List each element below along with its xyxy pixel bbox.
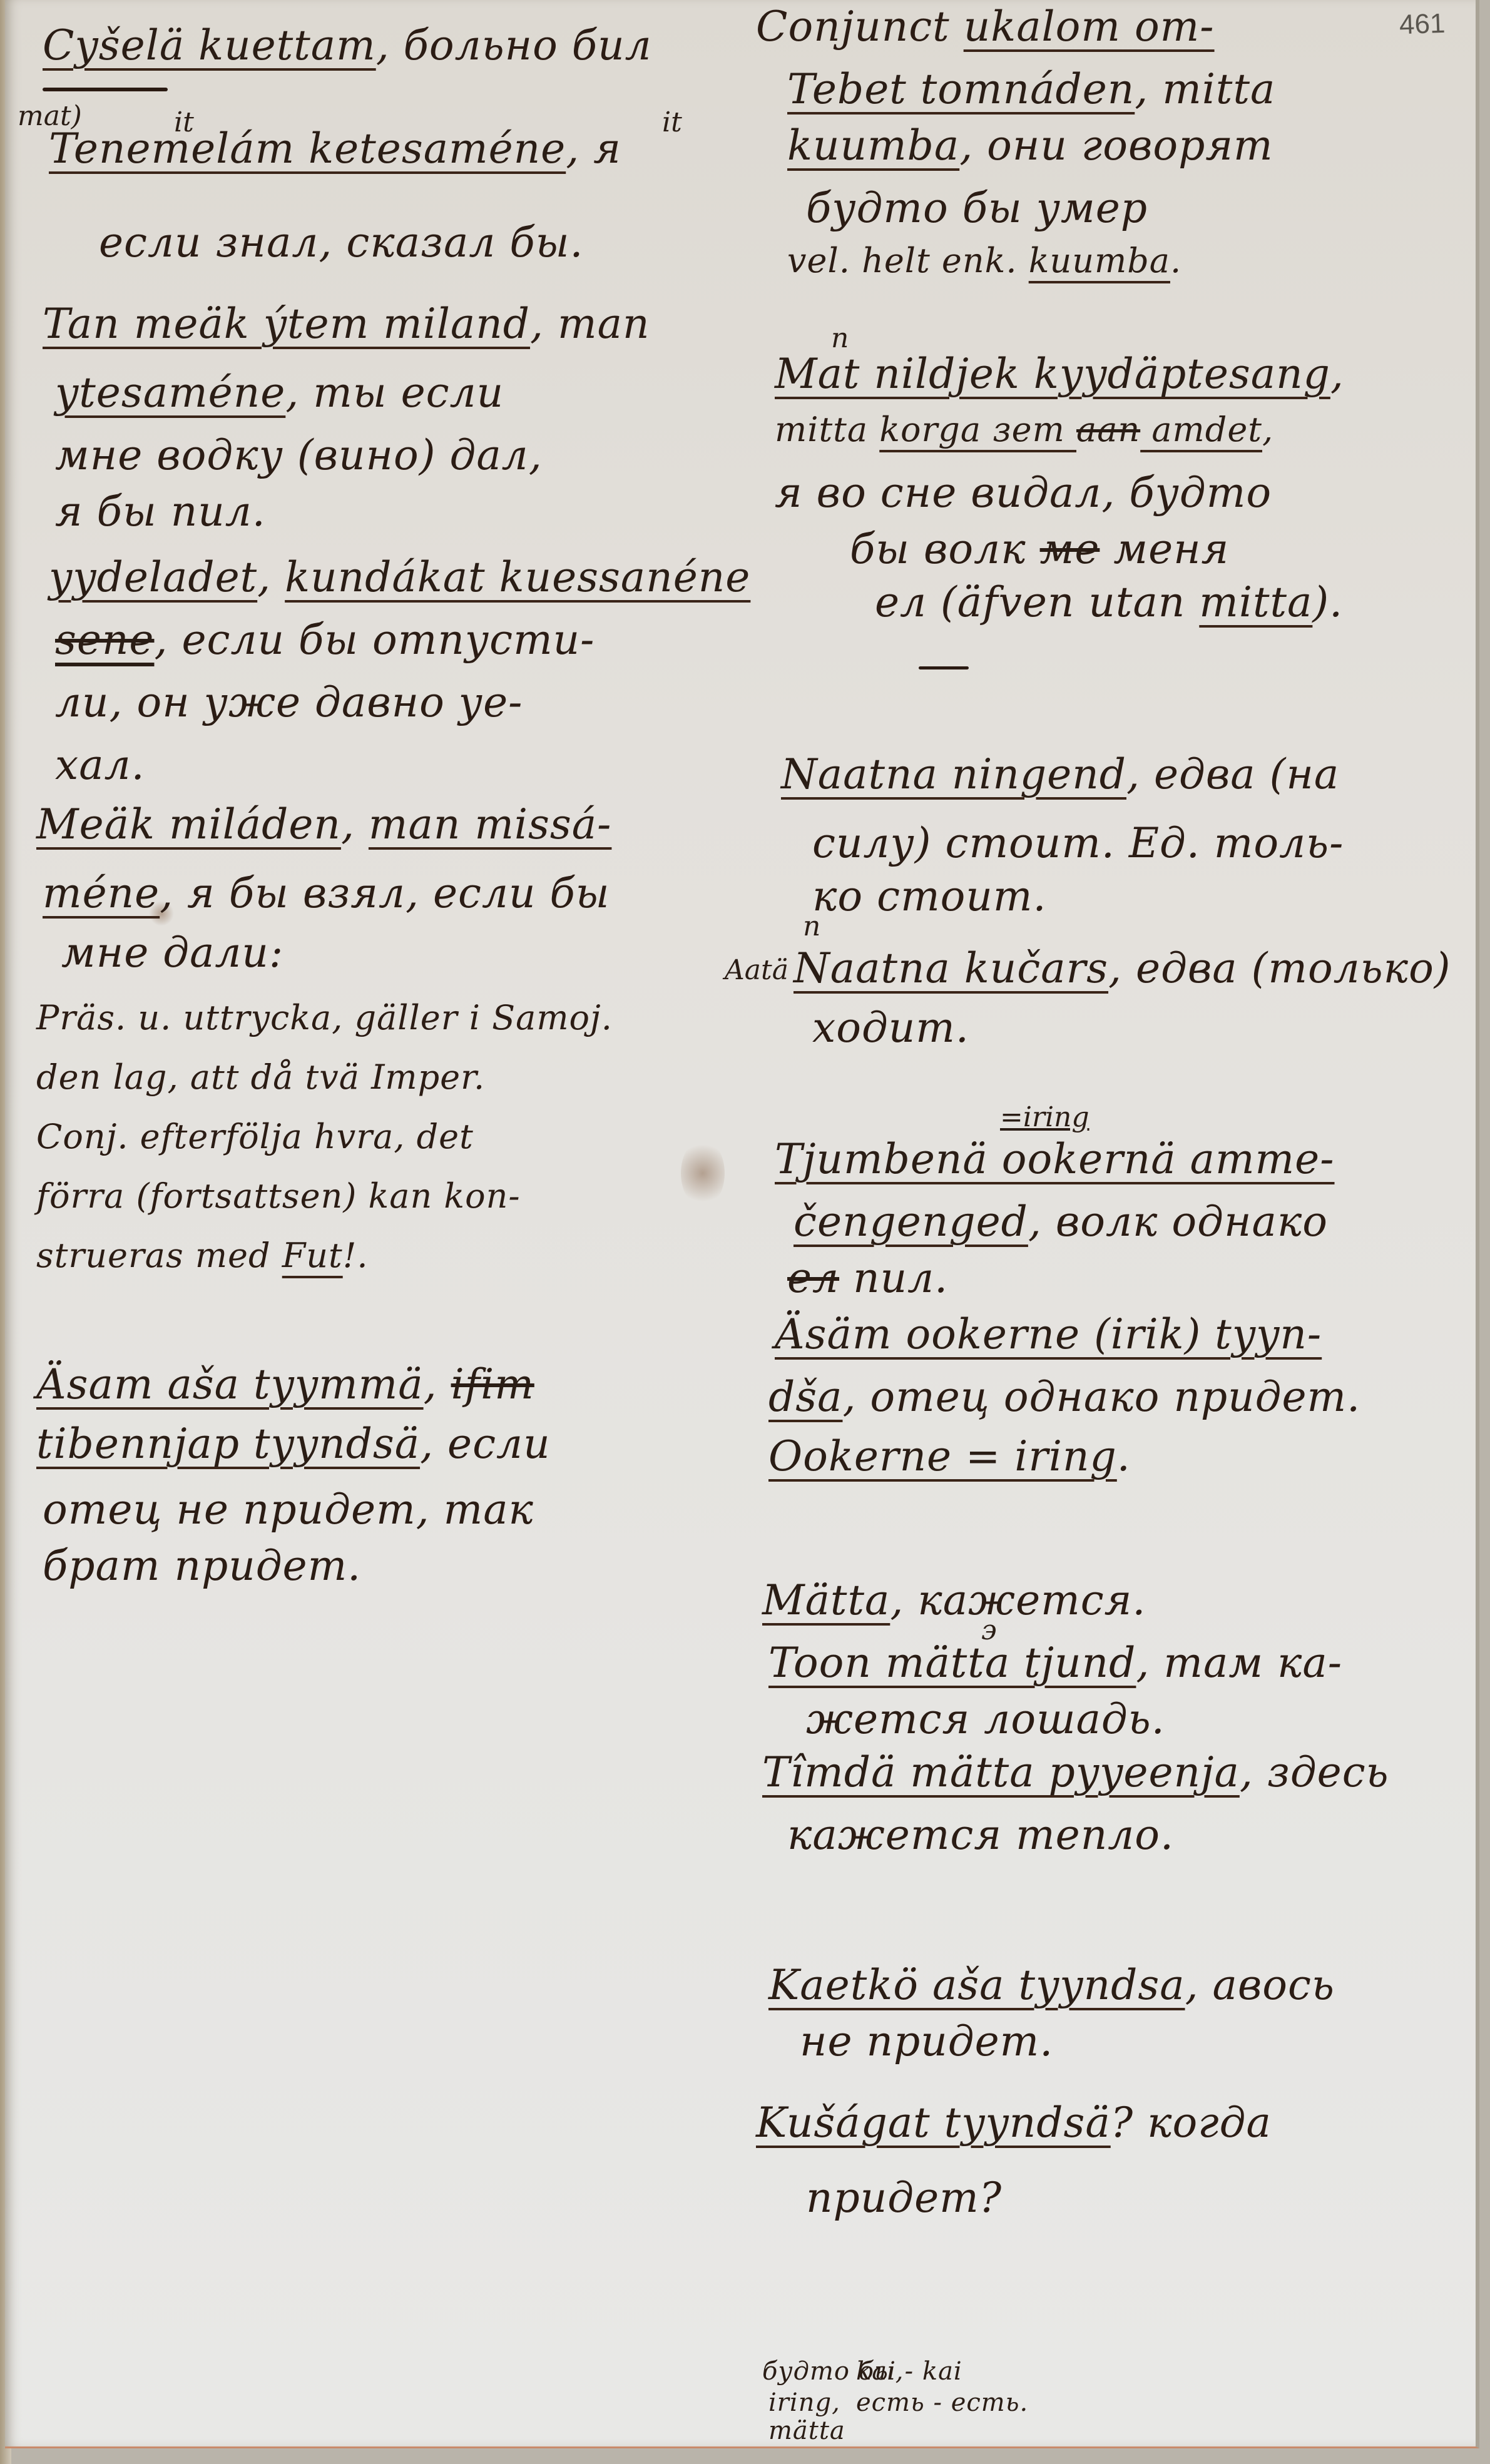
russian-gloss: , отец однако придет. — [842, 1373, 1360, 1421]
russian-gloss: будто бы умер — [806, 184, 1148, 232]
line: кажется тепло. — [787, 1815, 1174, 1856]
line: Kušágat tyyndsä? когда — [756, 2102, 1272, 2144]
line: strueras med Fut!. — [36, 1239, 369, 1273]
footnote-line: есть - есть. — [856, 2390, 1028, 2415]
russian-gloss: я бы пил. — [55, 487, 266, 536]
line: Präs. u. uttrycka, gäller i Samoj. — [36, 1001, 613, 1035]
selkup-term: tibennjap tyyndsä — [36, 1420, 420, 1468]
selkup-term: Meäk miláden — [36, 800, 341, 848]
russian-gloss: , man — [530, 300, 650, 348]
russian-gloss: , едва (только) — [1108, 944, 1451, 992]
selkup-term: korga зem — [879, 410, 1076, 449]
superscript-note: it — [662, 106, 682, 138]
margin-note: Aatä — [725, 954, 788, 986]
selkup-term: mitta — [1199, 578, 1312, 626]
line: придет? — [806, 2177, 1002, 2219]
punctuation: , — [1330, 350, 1344, 398]
russian-gloss: , едва (на — [1126, 750, 1339, 798]
russian-gloss: не придет. — [800, 2017, 1053, 2065]
selkup-term: Mat nildjek kyydäptesang — [775, 350, 1330, 398]
russian-gloss: , — [341, 800, 369, 848]
russian-gloss: я во сне видал, будто — [775, 469, 1272, 517]
struck-word: ifim — [451, 1360, 534, 1408]
punctuation: . — [1170, 241, 1181, 280]
line: den lag, att då tvä Imper. — [36, 1061, 485, 1094]
russian-gloss: ? когда — [1111, 2099, 1272, 2147]
selkup-term: kuumba — [787, 121, 959, 170]
line: ходит. — [812, 1007, 969, 1049]
footnote-text: mätta — [768, 2416, 845, 2445]
russian-gloss: , волк однако — [1028, 1198, 1328, 1246]
russian-gloss: меня — [1100, 525, 1229, 573]
russian-gloss: ли, он уже давно уе- — [55, 678, 523, 726]
line: dša, отец однако придет. — [768, 1377, 1360, 1418]
selkup-term: Kušágat tyyndsä — [756, 2099, 1111, 2147]
selkup-term: Tebet tomnáden — [787, 65, 1135, 113]
russian-gloss: , они говорят — [959, 121, 1273, 170]
russian-gloss: если знал, сказал бы. — [99, 218, 583, 267]
russian-gloss: , кажется. — [890, 1576, 1146, 1624]
note-text: Präs. u. uttrycka, gäller i Samoj. — [36, 998, 613, 1037]
russian-gloss: , здесь — [1240, 1748, 1389, 1796]
selkup-term: Ookerne = iring — [768, 1432, 1117, 1480]
russian-gloss: , авось — [1185, 1961, 1335, 2009]
selkup-term: Kaetkö aša tyyndsa — [768, 1961, 1185, 2009]
footnote-text: kai - kai — [856, 2357, 962, 2386]
line: Tenemelám ketesaméne, я — [49, 128, 621, 170]
footnote-line: mätta — [768, 2418, 845, 2443]
note-text: förra (fortsattsen) kan kon- — [36, 1176, 521, 1216]
selkup-term: Äsäm ookerne (irik) tyyn- — [775, 1310, 1322, 1358]
footnote-text: есть - есть. — [856, 2388, 1028, 2417]
footnote-text: iring, — [768, 2388, 840, 2417]
line: sene, если бы отпусти- — [55, 619, 594, 661]
selkup-term: amdet — [1140, 410, 1262, 449]
russian-gloss: бы волк — [850, 525, 1040, 573]
russian-gloss: , если бы отпусти- — [155, 616, 595, 664]
note-text: strueras med — [36, 1236, 271, 1275]
footnote-line: iring, — [768, 2390, 840, 2415]
russian-gloss: mitta — [775, 410, 879, 449]
selkup-term: yydeladet — [49, 553, 257, 601]
russian-gloss: , mitta — [1135, 65, 1275, 113]
line: Tjumbenä ookernä amme- — [775, 1139, 1335, 1180]
line: Tîmdä mätta pyyeenja, здесь — [762, 1752, 1389, 1793]
struck-word: ел — [787, 1254, 839, 1302]
selkup-term: Tîmdä mätta pyyeenja — [762, 1748, 1240, 1796]
note-text: !. — [343, 1236, 369, 1275]
line: ко стоит. — [812, 876, 1046, 917]
line: Toon mätta tjund, там ка- — [768, 1642, 1342, 1684]
note-text: Conj. efterfölja hvra, det — [36, 1117, 474, 1156]
note-text: den lag, att då tvä Imper. — [36, 1057, 485, 1097]
line: Tebet tomnáden, mitta — [787, 69, 1275, 110]
line: Naatna ningend, едва (на — [781, 754, 1339, 795]
line: vel. helt enk. kuumba. — [787, 244, 1181, 278]
note-text: vel. helt enk. — [787, 241, 1029, 280]
ink-stain — [681, 1139, 725, 1208]
selkup-term: dša — [768, 1373, 842, 1421]
struck-word: aan — [1076, 410, 1140, 449]
russian-gloss: мне дали: — [61, 929, 283, 977]
russian-gloss: силу) стоит. Ед. толь- — [812, 819, 1344, 867]
line: я бы пил. — [55, 491, 266, 532]
page-number: 461 — [1399, 8, 1446, 41]
line: ел (äfven utan mitta). — [875, 582, 1343, 623]
line: čengenged, волк однако — [793, 1201, 1328, 1243]
selkup-term: kundákat kuessanéne — [285, 553, 750, 601]
selkup-term: Tjumbenä ookernä amme- — [775, 1135, 1335, 1183]
line: если знал, сказал бы. — [99, 222, 583, 263]
punctuation: ). — [1312, 578, 1343, 626]
russian-gloss: брат придет. — [43, 1542, 361, 1590]
russian-gloss: кажется тепло. — [787, 1811, 1174, 1859]
russian-gloss: , я бы взял, если бы — [160, 869, 610, 917]
russian-gloss: ел (äfven utan — [875, 578, 1199, 626]
russian-gloss: , я — [566, 125, 621, 173]
line: бы волк ме меня — [850, 529, 1229, 570]
line: Kaetkö aša tyyndsa, авось — [768, 1965, 1335, 2006]
selkup-term: čengenged — [793, 1198, 1028, 1246]
superscript-note: =iring — [1000, 1101, 1089, 1133]
superscript-note: n — [803, 910, 820, 942]
struck-word: ме — [1040, 525, 1100, 573]
line: Mätta, кажется. — [762, 1580, 1146, 1621]
line: Äsäm ookerne (irik) tyyn- — [775, 1314, 1322, 1355]
russian-gloss: , там ка- — [1136, 1639, 1342, 1687]
heading-text: Conjunct — [756, 3, 964, 51]
struck-word: sene — [55, 616, 155, 664]
russian-gloss: , если — [420, 1420, 551, 1468]
note-term: Fut — [282, 1236, 343, 1275]
line: ел пил. — [787, 1258, 948, 1299]
punctuation: , — [1262, 410, 1273, 449]
line: mitta korga зem aan amdet, — [775, 413, 1273, 447]
selkup-term: Mätta — [762, 1576, 890, 1624]
punctuation: . — [1117, 1432, 1131, 1480]
line: я во сне видал, будто — [775, 472, 1272, 514]
line: мне водку (вино) дал, — [55, 435, 543, 476]
russian-gloss: ко стоит. — [812, 872, 1046, 920]
footnote-line: kai - kai — [856, 2359, 962, 2384]
line: мне дали: — [61, 932, 283, 974]
russian-gloss: отец не придет, так — [43, 1485, 534, 1534]
russian-gloss: придет? — [806, 2174, 1002, 2222]
selkup-term: kuumba — [1029, 241, 1170, 280]
selkup-term: man missá- — [369, 800, 612, 848]
line: Conj. efterfölja hvra, det — [36, 1120, 474, 1154]
russian-gloss: ходит. — [812, 1004, 969, 1052]
selkup-term: Naatna kučars — [793, 944, 1108, 992]
selkup-term: Toon mätta tjund — [768, 1639, 1136, 1687]
selkup-term: méne — [43, 869, 160, 917]
line: Meäk miláden, man missá- — [36, 804, 611, 845]
line: kuumba, они говорят — [787, 125, 1273, 166]
russian-gloss: хал. — [55, 741, 145, 789]
selkup-term: Cyšelä kuettam — [43, 21, 376, 69]
line: жется лошадь. — [806, 1699, 1165, 1740]
selkup-term: ytesaméne — [55, 369, 285, 417]
line: не придет. — [800, 2021, 1053, 2062]
selkup-term: Tenemelám ketesaméne — [49, 125, 566, 173]
line: отец не придет, так — [43, 1489, 534, 1530]
line: Mat nildjek kyydäptesang, — [775, 354, 1344, 395]
russian-gloss: , больно бил — [376, 21, 652, 69]
line: будто бы умер — [806, 188, 1148, 229]
russian-gloss: , ты если — [285, 369, 504, 417]
line: силу) стоит. Ед. толь- — [812, 823, 1344, 864]
manuscript-page: 461 Cyšelä kuettam, больно бил mat) it i… — [5, 0, 1479, 2448]
selkup-term: Tan meäk ýtem miland — [43, 300, 530, 348]
line: ytesaméne, ты если — [55, 372, 504, 414]
line: ли, он уже давно уе- — [55, 682, 523, 723]
russian-gloss: жется лошадь. — [806, 1695, 1165, 1743]
line: Conjunct ukalom om- — [756, 6, 1215, 48]
line: tibennjap tyyndsä, если — [36, 1423, 551, 1465]
russian-gloss: , — [257, 553, 285, 601]
line: méne, я бы взял, если бы — [43, 873, 610, 914]
line: Tan meäk ýtem miland, man — [43, 303, 650, 345]
separator-dash — [919, 666, 969, 669]
selkup-term: Äsam aša tyymmä — [36, 1360, 424, 1408]
line: yydeladet, kundákat kuessanéne — [49, 557, 750, 598]
selkup-term: ukalom om- — [964, 3, 1215, 51]
line: Äsam aša tyymmä, ifim — [36, 1364, 534, 1405]
line: förra (fortsattsen) kan kon- — [36, 1179, 521, 1213]
russian-gloss: , — [424, 1360, 451, 1408]
line: Ookerne = iring. — [768, 1436, 1131, 1477]
russian-gloss: пил. — [839, 1254, 948, 1302]
selkup-term: Naatna ningend — [781, 750, 1126, 798]
line: хал. — [55, 745, 145, 786]
russian-gloss: мне водку (вино) дал, — [55, 431, 543, 479]
line: Cyšelä kuettam, больно бил — [43, 25, 652, 66]
line: Naatna kučars, едва (только) — [793, 948, 1451, 989]
line: брат придет. — [43, 1545, 361, 1587]
underline-rule — [43, 88, 168, 91]
